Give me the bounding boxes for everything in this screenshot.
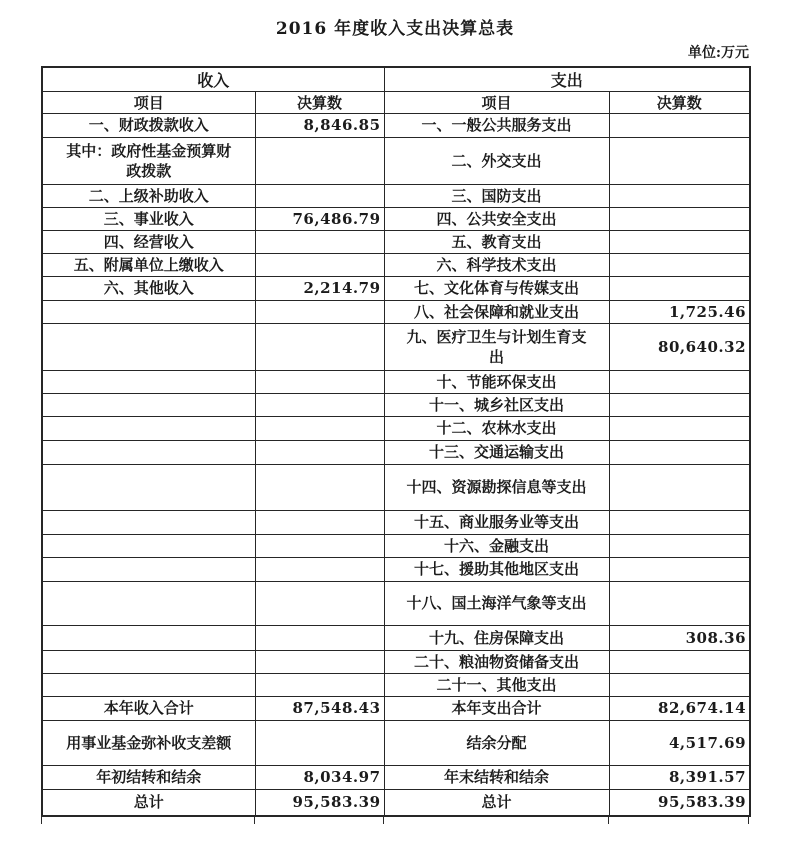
revenue-item-cell-text: 五、附属单位上缴收入 [74,255,224,275]
table-row: 一、财政拨款收入8,846.85一、一般公共服务支出 [42,114,750,138]
revenue-item-cell: 用事业基金弥补收支差额 [42,721,255,766]
expenditure-amount-cell: 308.36 [609,626,750,651]
expenditure-item-cell: 六、科学技术支出 [384,254,609,277]
revenue-amount-cell [255,324,384,371]
expenditure-item-cell-text: 总计 [482,792,512,812]
table-row: 十二、农林水支出 [42,417,750,441]
revenue-item-cell: 三、事业收入 [42,208,255,231]
revenue-item-cell [42,465,255,511]
revenue-item-cell [42,441,255,465]
expenditure-item-cell-text: 七、文化体育与传媒支出 [414,278,579,298]
expenditure-amount-cell [609,185,750,208]
table-body: 一、财政拨款收入8,846.85一、一般公共服务支出其中：政府性基金预算财政拨款… [42,114,750,816]
table-row: 十、节能环保支出 [42,371,750,394]
section-header-row: 收入 支出 [42,67,750,92]
document-title: 2016 年度收入支出决算总表 [41,0,749,39]
revenue-amount-cell [255,417,384,441]
revenue-item-cell-text: 二、上级补助收入 [89,186,209,206]
table-row: 五、附属单位上缴收入六、科学技术支出 [42,254,750,277]
expenditure-amount-cell-text: 308.36 [686,628,746,648]
expenditure-item-cell: 十四、资源勘探信息等支出 [384,465,609,511]
revenue-item-cell-text: 用事业基金弥补收支差额 [66,733,231,753]
revenue-section-header: 收入 [42,67,384,92]
table-row: 十七、援助其他地区支出 [42,558,750,582]
expenditure-item-cell-text: 一、一般公共服务支出 [422,115,572,135]
expenditure-item-cell: 十七、援助其他地区支出 [384,558,609,582]
expenditure-item-cell: 七、文化体育与传媒支出 [384,277,609,301]
expenditure-item-cell: 八、社会保障和就业支出 [384,301,609,324]
expenditure-amount-cell: 4,517.69 [609,721,750,766]
expenditure-item-cell-text: 三、国防支出 [452,186,542,206]
table-row: 其中：政府性基金预算财政拨款二、外交支出 [42,138,750,185]
expenditure-item-cell-text: 二十、粮油物资储备支出 [414,652,579,672]
expenditure-amount-cell: 95,583.39 [609,790,750,816]
expenditure-item-cell: 十九、住房保障支出 [384,626,609,651]
expenditure-amount-cell: 8,391.57 [609,766,750,790]
table-row: 二十、粮油物资储备支出 [42,651,750,674]
table-row: 十一、城乡社区支出 [42,394,750,417]
column-header-row: 项目 决算数 项目 决算数 [42,92,750,114]
table-row: 六、其他收入2,214.79七、文化体育与传媒支出 [42,277,750,301]
revenue-amount-cell [255,301,384,324]
table-row: 三、事业收入76,486.79四、公共安全支出 [42,208,750,231]
revenue-item-cell-text: 一、财政拨款收入 [89,115,209,135]
expenditure-item-cell: 九、医疗卫生与计划生育支出 [384,324,609,371]
revenue-item-cell-text: 四、经营收入 [104,232,194,252]
expenditure-item-cell: 十、节能环保支出 [384,371,609,394]
expenditure-item-cell: 十一、城乡社区支出 [384,394,609,417]
revenue-item-cell-text: 其中：政府性基金预算财政拨款 [64,141,234,182]
revenue-amount-cell [255,511,384,535]
col-header-revenue-item: 项目 [42,92,255,114]
expenditure-item-cell: 本年支出合计 [384,697,609,721]
revenue-amount-cell [255,441,384,465]
expenditure-amount-cell: 82,674.14 [609,697,750,721]
col-header-expenditure-amount: 决算数 [609,92,750,114]
expenditure-item-cell: 三、国防支出 [384,185,609,208]
revenue-amount-cell: 95,583.39 [255,790,384,816]
revenue-amount-cell [255,254,384,277]
revenue-item-cell: 其中：政府性基金预算财政拨款 [42,138,255,185]
expenditure-amount-cell-text: 1,725.46 [669,302,746,322]
col-header-revenue-amount: 决算数 [255,92,384,114]
revenue-item-cell [42,417,255,441]
revenue-amount-cell: 87,548.43 [255,697,384,721]
expenditure-amount-cell [609,138,750,185]
expenditure-item-cell: 四、公共安全支出 [384,208,609,231]
table-row: 八、社会保障和就业支出1,725.46 [42,301,750,324]
revenue-amount-cell-text: 95,583.39 [293,792,381,812]
expenditure-item-cell: 五、教育支出 [384,231,609,254]
table-row: 十八、国土海洋气象等支出 [42,582,750,626]
revenue-amount-cell-text: 76,486.79 [293,209,381,229]
expenditure-item-cell-text: 十五、商业服务业等支出 [414,512,579,532]
expenditure-item-cell-text: 十七、援助其他地区支出 [414,559,579,579]
expenditure-amount-cell [609,208,750,231]
table-row: 十四、资源勘探信息等支出 [42,465,750,511]
revenue-item-cell: 年初结转和结余 [42,766,255,790]
revenue-item-cell [42,371,255,394]
expenditure-amount-cell: 80,640.32 [609,324,750,371]
final-accounts-table: 收入 支出 项目 决算数 项目 决算数 一、财政拨款收入8,846.85一、一般… [41,66,751,817]
revenue-item-cell [42,324,255,371]
expenditure-item-cell-text: 四、公共安全支出 [437,209,557,229]
expenditure-amount-cell-text: 82,674.14 [658,698,746,718]
expenditure-item-cell: 二、外交支出 [384,138,609,185]
document-page: 2016 年度收入支出决算总表 单位:万元 收入 支出 项目 决算数 项目 决算… [0,0,793,854]
table-row: 十五、商业服务业等支出 [42,511,750,535]
revenue-amount-cell [255,394,384,417]
expenditure-amount-cell [609,417,750,441]
revenue-item-cell-text: 年初结转和结余 [96,767,201,787]
expenditure-item-cell-text: 十、节能环保支出 [437,372,557,392]
expenditure-item-cell-text: 二十一、其他支出 [437,675,557,695]
expenditure-amount-cell [609,465,750,511]
col-header-expenditure-item: 项目 [384,92,609,114]
expenditure-item-cell: 十八、国土海洋气象等支出 [384,582,609,626]
table-row: 四、经营收入五、教育支出 [42,231,750,254]
revenue-amount-cell [255,371,384,394]
revenue-item-cell [42,674,255,697]
expenditure-item-cell-text: 本年支出合计 [452,698,542,718]
table-row: 二、上级补助收入三、国防支出 [42,185,750,208]
expenditure-amount-cell-text: 95,583.39 [658,792,746,812]
expenditure-item-cell-text: 年末结转和结余 [444,767,549,787]
revenue-amount-cell: 76,486.79 [255,208,384,231]
revenue-item-cell [42,535,255,558]
revenue-amount-cell-text: 8,846.85 [303,115,380,135]
revenue-item-cell-text: 六、其他收入 [104,278,194,298]
expenditure-amount-cell-text: 4,517.69 [669,733,746,753]
expenditure-item-cell-text: 八、社会保障和就业支出 [414,302,579,322]
expenditure-amount-cell [609,371,750,394]
revenue-amount-cell [255,465,384,511]
revenue-amount-cell [255,651,384,674]
table-row: 十九、住房保障支出308.36 [42,626,750,651]
table-row: 二十一、其他支出 [42,674,750,697]
expenditure-item-cell-text: 十六、金融支出 [444,536,549,556]
revenue-item-cell: 本年收入合计 [42,697,255,721]
revenue-amount-cell [255,674,384,697]
revenue-amount-cell [255,721,384,766]
expenditure-item-cell-text: 十三、交通运输支出 [429,442,564,462]
revenue-amount-cell [255,138,384,185]
revenue-amount-cell [255,231,384,254]
expenditure-item-cell-text: 十四、资源勘探信息等支出 [407,477,587,497]
expenditure-amount-cell [609,558,750,582]
revenue-item-cell-text: 总计 [134,792,164,812]
revenue-amount-cell-text: 87,548.43 [293,698,381,718]
expenditure-item-cell-text: 十九、住房保障支出 [429,628,564,648]
expenditure-item-cell: 结余分配 [384,721,609,766]
expenditure-item-cell-text: 六、科学技术支出 [437,255,557,275]
expenditure-item-cell: 十六、金融支出 [384,535,609,558]
revenue-amount-cell-text: 2,214.79 [303,278,380,298]
expenditure-amount-cell: 1,725.46 [609,301,750,324]
expenditure-amount-cell [609,674,750,697]
revenue-item-cell: 总计 [42,790,255,816]
expenditure-item-cell-text: 九、医疗卫生与计划生育支出 [402,327,592,368]
expenditure-section-header: 支出 [384,67,750,92]
expenditure-item-cell-text: 十二、农林水支出 [437,418,557,438]
table-row: 总计95,583.39总计95,583.39 [42,790,750,816]
table-row: 本年收入合计87,548.43本年支出合计82,674.14 [42,697,750,721]
revenue-item-cell [42,651,255,674]
expenditure-amount-cell [609,535,750,558]
table-row: 九、医疗卫生与计划生育支出80,640.32 [42,324,750,371]
expenditure-item-cell-text: 十一、城乡社区支出 [429,395,564,415]
expenditure-amount-cell [609,651,750,674]
revenue-item-cell [42,394,255,417]
revenue-item-cell: 五、附属单位上缴收入 [42,254,255,277]
revenue-amount-cell [255,582,384,626]
revenue-item-cell-text: 三、事业收入 [104,209,194,229]
expenditure-item-cell-text: 十八、国土海洋气象等支出 [407,593,587,613]
revenue-amount-cell: 8,034.97 [255,766,384,790]
expenditure-item-cell: 总计 [384,790,609,816]
expenditure-item-cell: 十二、农林水支出 [384,417,609,441]
revenue-item-cell: 一、财政拨款收入 [42,114,255,138]
revenue-amount-cell: 8,846.85 [255,114,384,138]
expenditure-amount-cell [609,114,750,138]
revenue-item-cell: 六、其他收入 [42,277,255,301]
table-bottom-scan-artifact [41,817,749,825]
revenue-item-cell [42,558,255,582]
expenditure-item-cell: 十三、交通运输支出 [384,441,609,465]
revenue-amount-cell: 2,214.79 [255,277,384,301]
expenditure-amount-cell [609,277,750,301]
table-row: 用事业基金弥补收支差额结余分配4,517.69 [42,721,750,766]
revenue-amount-cell [255,558,384,582]
revenue-amount-cell [255,185,384,208]
unit-label: 单位:万元 [41,42,749,62]
expenditure-item-cell-text: 五、教育支出 [452,232,542,252]
expenditure-amount-cell [609,254,750,277]
expenditure-amount-cell-text: 8,391.57 [669,767,746,787]
revenue-item-cell [42,511,255,535]
expenditure-item-cell: 二十、粮油物资储备支出 [384,651,609,674]
expenditure-item-cell-text: 结余分配 [467,733,527,753]
expenditure-amount-cell [609,231,750,254]
revenue-item-cell: 二、上级补助收入 [42,185,255,208]
revenue-item-cell: 四、经营收入 [42,231,255,254]
expenditure-amount-cell [609,511,750,535]
expenditure-amount-cell [609,582,750,626]
expenditure-item-cell: 年末结转和结余 [384,766,609,790]
revenue-item-cell [42,301,255,324]
expenditure-amount-cell-text: 80,640.32 [658,337,746,357]
expenditure-amount-cell [609,441,750,465]
expenditure-item-cell: 一、一般公共服务支出 [384,114,609,138]
revenue-amount-cell-text: 8,034.97 [303,767,380,787]
expenditure-item-cell: 十五、商业服务业等支出 [384,511,609,535]
table-row: 年初结转和结余8,034.97年末结转和结余8,391.57 [42,766,750,790]
revenue-amount-cell [255,535,384,558]
revenue-item-cell-text: 本年收入合计 [104,698,194,718]
table-row: 十六、金融支出 [42,535,750,558]
table-row: 十三、交通运输支出 [42,441,750,465]
expenditure-item-cell: 二十一、其他支出 [384,674,609,697]
revenue-item-cell [42,582,255,626]
expenditure-item-cell-text: 二、外交支出 [452,151,542,171]
revenue-item-cell [42,626,255,651]
expenditure-amount-cell [609,394,750,417]
revenue-amount-cell [255,626,384,651]
